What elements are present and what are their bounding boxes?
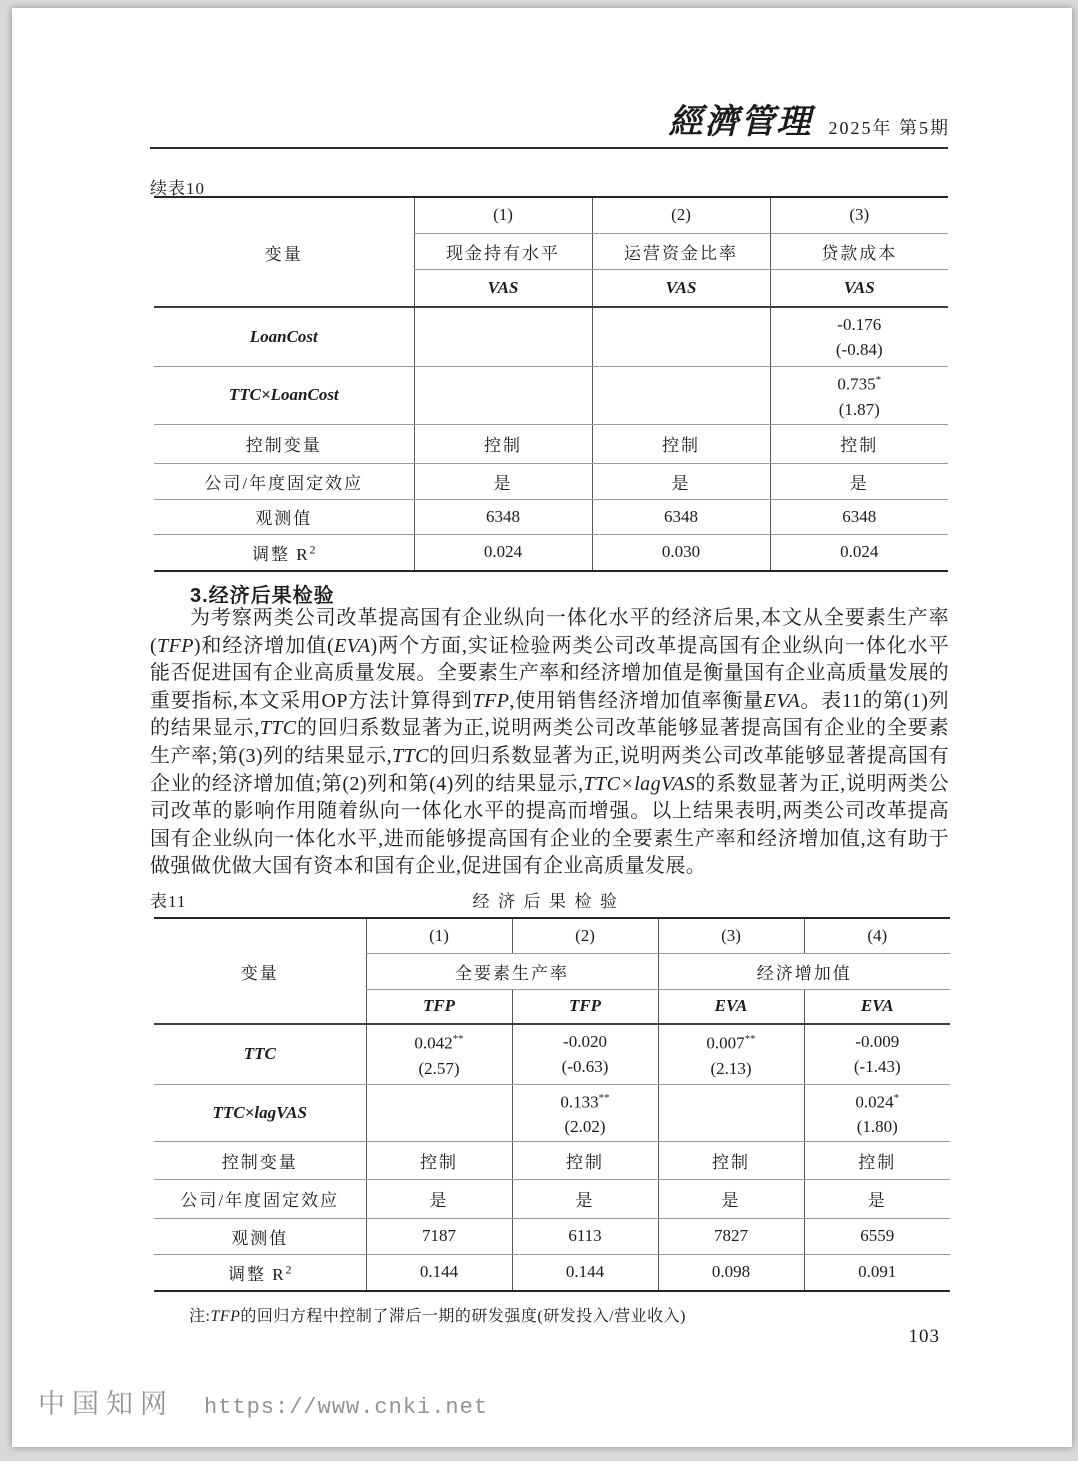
empty-cell	[366, 1084, 512, 1141]
cnki-watermark: 中国知网 https://www.cnki.net	[38, 1382, 488, 1421]
row-label: 控制变量	[154, 424, 414, 463]
value-cell: 0.024	[414, 534, 592, 571]
value-cell: 是	[414, 463, 592, 499]
journal-header: 經濟管理 2025年 第5期	[669, 104, 951, 142]
col-var-2: VAS	[592, 269, 770, 307]
col-num-2: (2)	[512, 918, 658, 953]
row-label: 调整 R2	[154, 534, 414, 571]
body-paragraph: 为考察两类公司改革提高国有企业纵向一体化水平的经济后果,本文从全要素生产率(TF…	[150, 605, 949, 881]
table11-caption-title: 经济后果检验	[150, 887, 948, 912]
table10: 变量 (1) (2) (3) 现金持有水平 运营资金比率 贷款成本 VAS VA…	[154, 196, 948, 572]
col-var-4: EVA	[804, 989, 950, 1024]
col-num-3: (3)	[658, 918, 804, 953]
value-cell: 控制	[592, 424, 770, 463]
group-title-1: 全要素生产率	[366, 953, 658, 989]
row-label: 控制变量	[154, 1141, 366, 1179]
col-title-2: 运营资金比率	[592, 233, 770, 269]
paper-page: 經濟管理 2025年 第5期 续表10 变量 (1) (2) (3) 现金持有水…	[12, 8, 1072, 1447]
row-label: 调整 R2	[154, 1254, 366, 1291]
value-cell: 控制	[414, 424, 592, 463]
value-cell: 是	[592, 463, 770, 499]
row-label: TTC×lagVAS	[154, 1084, 366, 1141]
table-row: 公司/年度固定效应 是 是 是 是	[154, 1179, 950, 1218]
coef-cell: 0.735* (1.87)	[770, 366, 948, 424]
value-cell: 6113	[512, 1218, 658, 1254]
coef-cell: 0.042** (2.57)	[366, 1024, 512, 1084]
table11-var-header: 变量	[154, 918, 366, 1024]
value-cell: 控制	[512, 1141, 658, 1179]
table11-caption-label: 表11	[150, 887, 186, 912]
coef-cell: 0.133** (2.02)	[512, 1084, 658, 1141]
section-heading: 3.经济后果检验	[190, 579, 335, 608]
col-num-4: (4)	[804, 918, 950, 953]
empty-cell	[592, 366, 770, 424]
value-cell: 6348	[414, 499, 592, 534]
col-var-3: VAS	[770, 269, 948, 307]
value-cell: 控制	[658, 1141, 804, 1179]
coef-cell: -0.176 (-0.84)	[770, 307, 948, 366]
col-num-2: (2)	[592, 197, 770, 233]
table11-note: 注:TFP的回归方程中控制了滞后一期的研发强度(研发投入/营业收入)	[189, 1303, 686, 1326]
value-cell: 是	[512, 1179, 658, 1218]
value-cell: 0.144	[512, 1254, 658, 1291]
table-row: 变量 (1) (2) (3) (4)	[154, 918, 950, 953]
col-var-2: TFP	[512, 989, 658, 1024]
table-row: TTC×lagVAS 0.133** (2.02) 0.024* (1.80)	[154, 1084, 950, 1141]
coef-cell: 0.024* (1.80)	[804, 1084, 950, 1141]
table-row: 控制变量 控制 控制 控制 控制	[154, 1141, 950, 1179]
value-cell: 6348	[770, 499, 948, 534]
value-cell: 控制	[366, 1141, 512, 1179]
value-cell: 0.024	[770, 534, 948, 571]
value-cell: 7827	[658, 1218, 804, 1254]
row-label: TTC	[154, 1024, 366, 1084]
col-var-1: TFP	[366, 989, 512, 1024]
row-label: 公司/年度固定效应	[154, 463, 414, 499]
cnki-watermark-name: 中国知网	[38, 1382, 174, 1421]
row-label: 公司/年度固定效应	[154, 1179, 366, 1218]
row-label: 观测值	[154, 499, 414, 534]
table-row: TTC 0.042** (2.57) -0.020 (-0.63) 0.007*…	[154, 1024, 950, 1084]
table-row: 调整 R2 0.024 0.030 0.024	[154, 534, 948, 571]
group-title-2: 经济增加值	[658, 953, 950, 989]
coef-cell: -0.020 (-0.63)	[512, 1024, 658, 1084]
value-cell: 0.091	[804, 1254, 950, 1291]
col-var-3: EVA	[658, 989, 804, 1024]
value-cell: 控制	[804, 1141, 950, 1179]
journal-logo: 經濟管理	[669, 104, 813, 142]
cnki-watermark-url: https://www.cnki.net	[204, 1395, 488, 1420]
empty-cell	[592, 307, 770, 366]
table11: 变量 (1) (2) (3) (4) 全要素生产率 经济增加值 TFP TFP …	[154, 917, 950, 1292]
coef-cell: 0.007** (2.13)	[658, 1024, 804, 1084]
coef-cell: -0.009 (-1.43)	[804, 1024, 950, 1084]
empty-cell	[414, 366, 592, 424]
value-cell: 是	[770, 463, 948, 499]
value-cell: 是	[366, 1179, 512, 1218]
table-row: 变量 (1) (2) (3)	[154, 197, 948, 233]
table-row: 观测值 7187 6113 7827 6559	[154, 1218, 950, 1254]
empty-cell	[658, 1084, 804, 1141]
table-row: 观测值 6348 6348 6348	[154, 499, 948, 534]
col-title-1: 现金持有水平	[414, 233, 592, 269]
table-row: 调整 R2 0.144 0.144 0.098 0.091	[154, 1254, 950, 1291]
table-row: 控制变量 控制 控制 控制	[154, 424, 948, 463]
empty-cell	[414, 307, 592, 366]
col-title-3: 贷款成本	[770, 233, 948, 269]
col-num-1: (1)	[366, 918, 512, 953]
table-row: LoanCost -0.176 (-0.84)	[154, 307, 948, 366]
value-cell: 控制	[770, 424, 948, 463]
value-cell: 6559	[804, 1218, 950, 1254]
value-cell: 7187	[366, 1218, 512, 1254]
page-number: 103	[150, 1326, 940, 1348]
row-label: 观测值	[154, 1218, 366, 1254]
row-label: LoanCost	[154, 307, 414, 366]
value-cell: 是	[658, 1179, 804, 1218]
value-cell: 0.144	[366, 1254, 512, 1291]
table10-var-header: 变量	[154, 197, 414, 307]
value-cell: 6348	[592, 499, 770, 534]
journal-issue: 2025年 第5期	[829, 119, 951, 142]
table-row: TTC×LoanCost 0.735* (1.87)	[154, 366, 948, 424]
value-cell: 0.098	[658, 1254, 804, 1291]
col-var-1: VAS	[414, 269, 592, 307]
table11-caption: 表11 经济后果检验	[150, 887, 948, 909]
header-rule	[150, 147, 948, 149]
col-num-1: (1)	[414, 197, 592, 233]
col-num-3: (3)	[770, 197, 948, 233]
value-cell: 是	[804, 1179, 950, 1218]
row-label: TTC×LoanCost	[154, 366, 414, 424]
value-cell: 0.030	[592, 534, 770, 571]
table-row: 公司/年度固定效应 是 是 是	[154, 463, 948, 499]
